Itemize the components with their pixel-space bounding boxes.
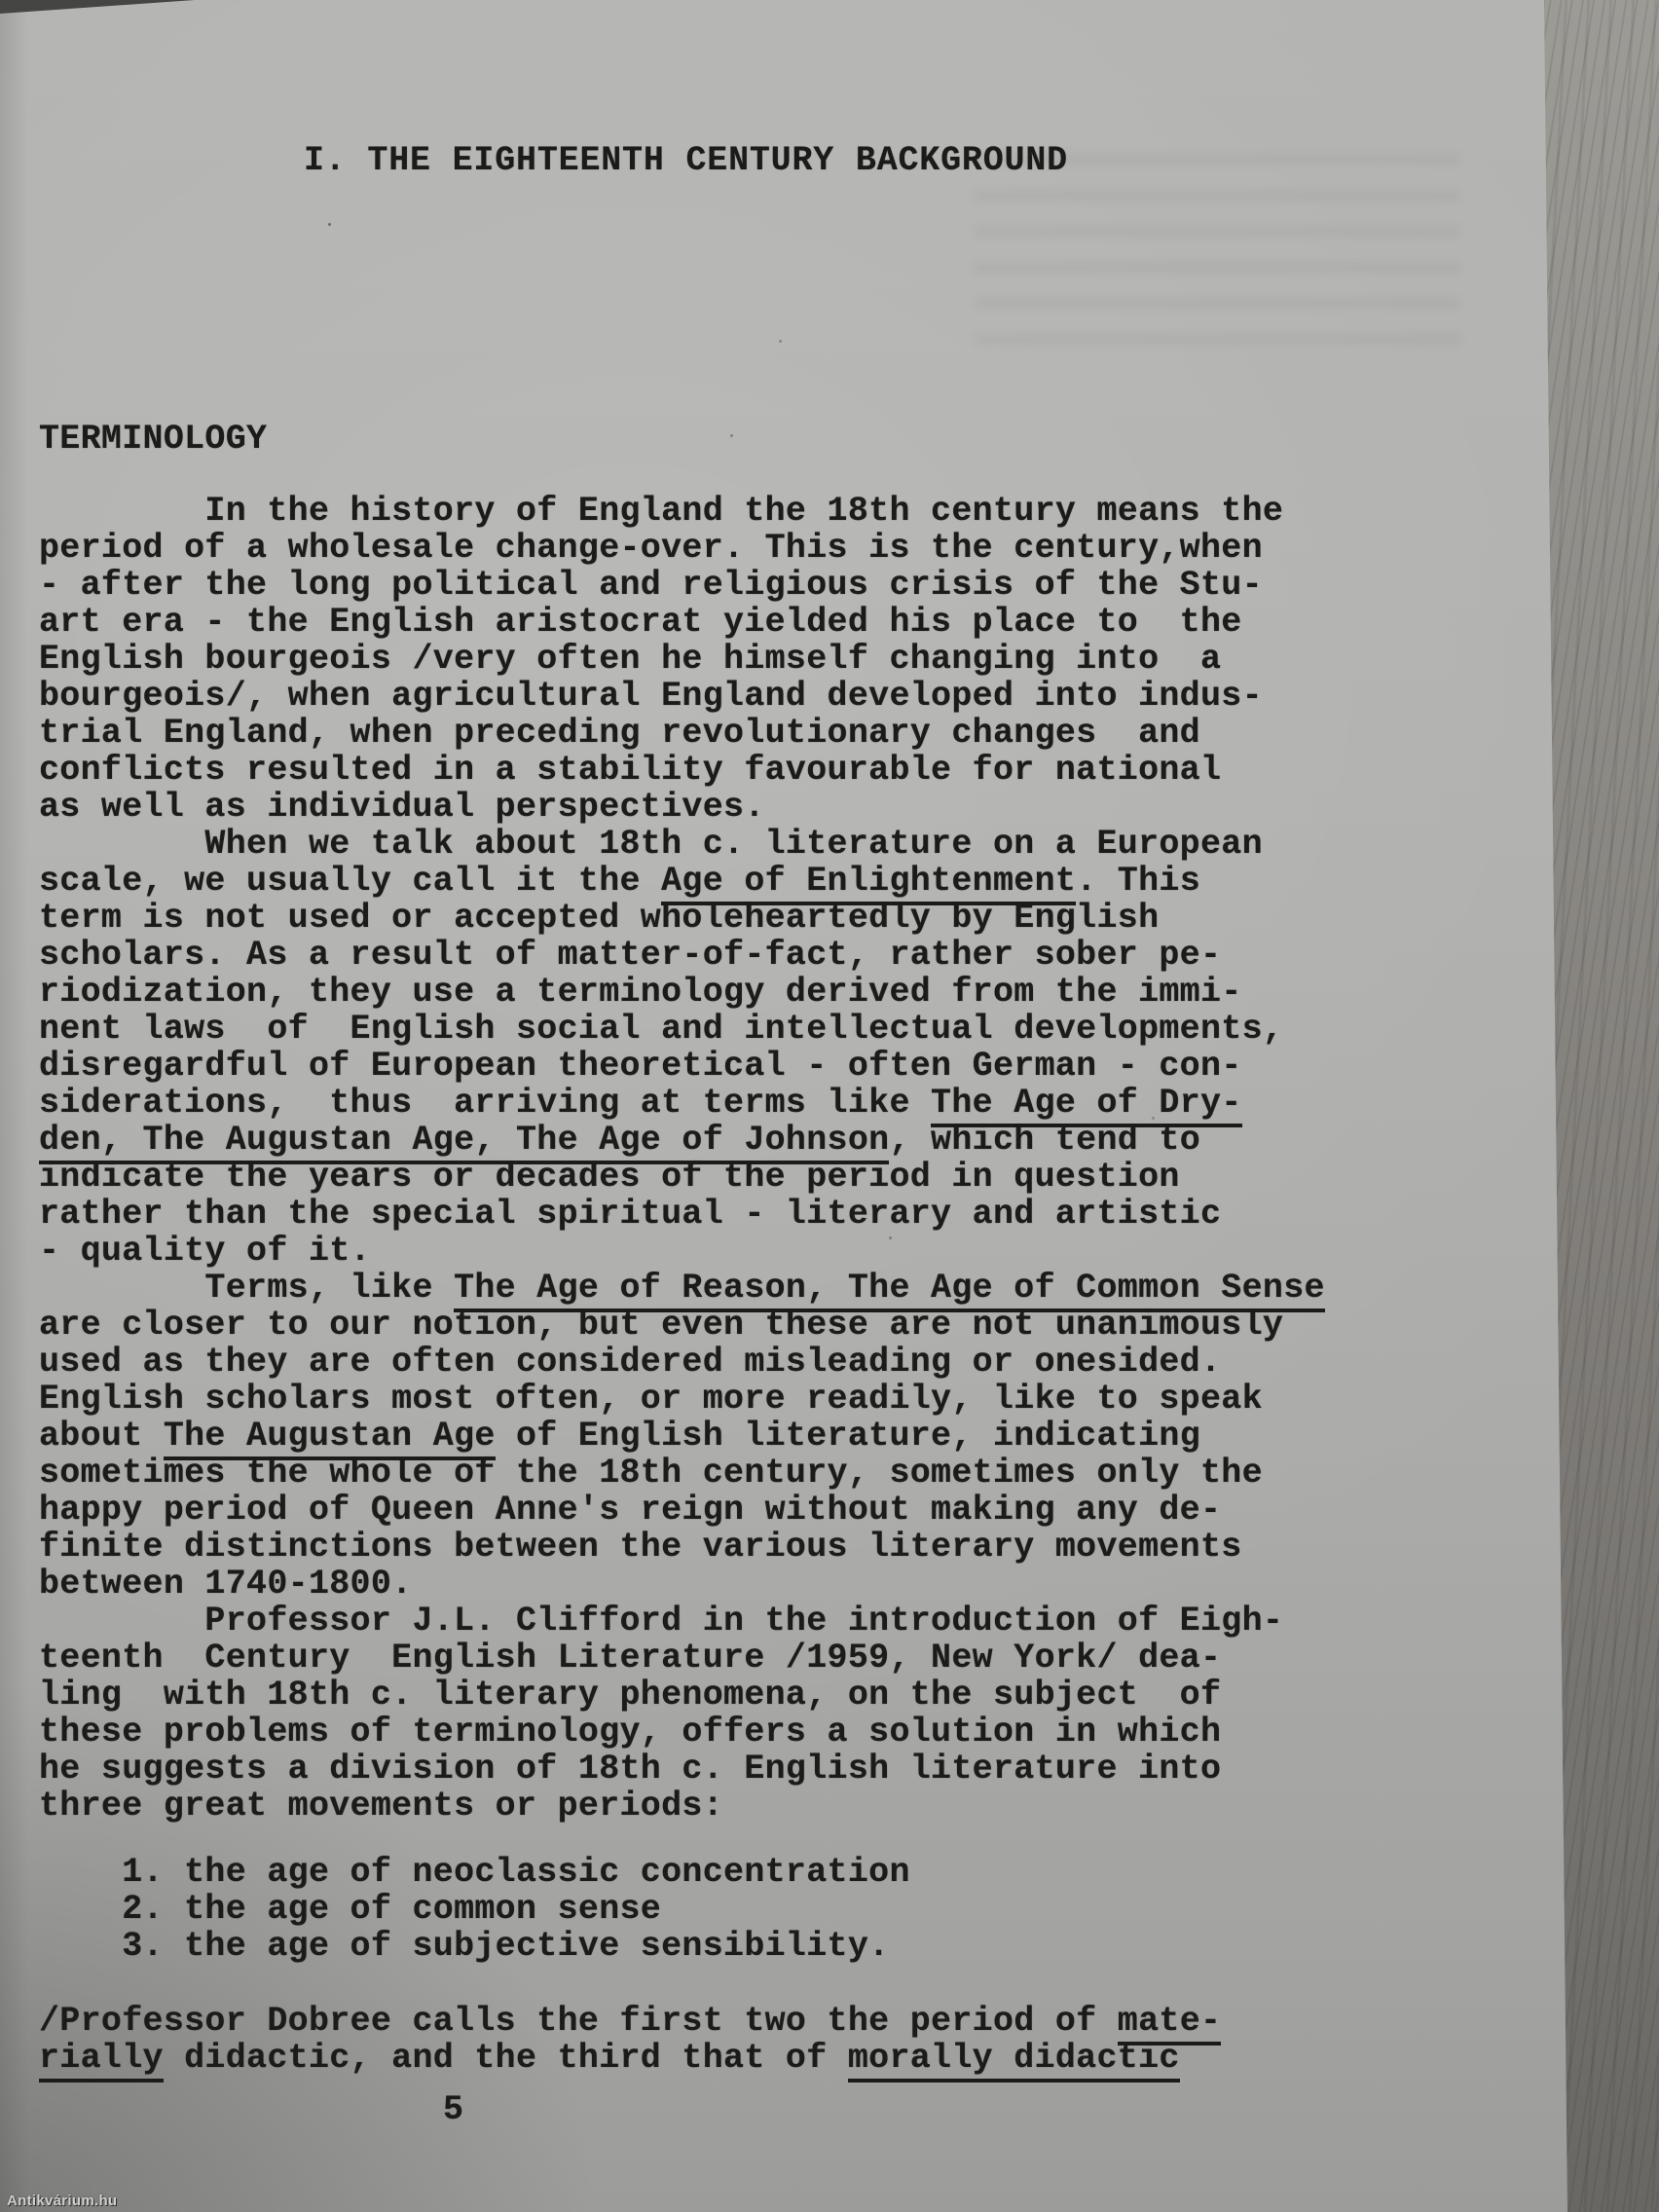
paragraph-body: Professor J.L. Clifford in the introduct… <box>39 1603 1325 1825</box>
text-run: - quality of it. <box>39 1232 371 1271</box>
paragraph-closing: /Professor Dobree calls the first two th… <box>39 2003 1325 2077</box>
photo-of-book-page: I. THE EIGHTEENTH CENTURY BACKGROUND TER… <box>0 0 1659 2212</box>
paragraph-body: In the history of England the 18th centu… <box>39 493 1325 826</box>
text-run: . This <box>1076 862 1200 901</box>
text-run: between 1740-1800. <box>39 1565 412 1604</box>
text-run: these problems of terminology, offers a … <box>39 1713 1221 1751</box>
text-run: trial England, when preceding revolution… <box>39 714 1200 753</box>
text-line: - quality of it. <box>39 1233 1325 1270</box>
text-line: When we talk about 18th c. literature on… <box>39 826 1325 863</box>
text-run: disregardful of European theoretical - o… <box>39 1047 1242 1086</box>
text-line: are closer to our notion, but even these… <box>39 1307 1325 1344</box>
watermark: Antikvárium.hu <box>7 2193 117 2209</box>
underlined-text: morally didactic <box>848 2039 1180 2083</box>
text-run: When we talk about 18th c. literature on… <box>39 825 1263 864</box>
text-line: finite distinctions between the various … <box>39 1529 1325 1566</box>
book-page: I. THE EIGHTEENTH CENTURY BACKGROUND TER… <box>0 0 1659 2212</box>
text-line: Terms, like The Age of Reason, The Age o… <box>39 1270 1325 1307</box>
text-line: rather than the special spiritual - lite… <box>39 1196 1325 1233</box>
text-run: happy period of Queen Anne's reign witho… <box>39 1491 1221 1530</box>
text-line: den, The Augustan Age, The Age of Johnso… <box>39 1122 1325 1159</box>
text-run: didactic, and the third that of <box>164 2039 848 2078</box>
text-run: , which tend to <box>889 1121 1200 1160</box>
text-line: siderations, thus arriving at terms like… <box>39 1085 1325 1122</box>
text-run: art era - the English aristocrat yielded… <box>39 603 1242 642</box>
text-run: finite distinctions between the various … <box>39 1528 1242 1567</box>
text-line: scholars. As a result of matter-of-fact,… <box>39 937 1325 974</box>
text-line: 1. the age of neoclassic concentration <box>39 1854 1325 1891</box>
text-line: 3. the age of subjective sensibility. <box>39 1928 1325 1965</box>
text-line: used as they are often considered mislea… <box>39 1344 1325 1381</box>
text-line: ling with 18th c. literary phenomena, on… <box>39 1677 1325 1714</box>
text-run: about <box>39 1417 164 1456</box>
text-line: conflicts resulted in a stability favour… <box>39 752 1325 789</box>
text-line: three great movements or periods: <box>39 1788 1325 1825</box>
text-run: three great movements or periods: <box>39 1787 723 1825</box>
body-text: In the history of England the 18th centu… <box>39 493 1325 2077</box>
text-run: nent laws of English social and intellec… <box>39 1010 1283 1049</box>
chapter-title: I. THE EIGHTEENTH CENTURY BACKGROUND <box>304 142 1068 179</box>
text-run: In the history of England the 18th centu… <box>39 492 1283 531</box>
paragraph-body: Terms, like The Age of Reason, The Age o… <box>39 1270 1325 1603</box>
text-line: /Professor Dobree calls the first two th… <box>39 2003 1325 2040</box>
text-line: sometimes the whole of the 18th century,… <box>39 1455 1325 1492</box>
text-run: rather than the special spiritual - lite… <box>39 1195 1221 1234</box>
text-run: term is not used or accepted wholehearte… <box>39 899 1159 938</box>
text-run: 2. the age of common sense <box>39 1890 661 1929</box>
text-line: In the history of England the 18th centu… <box>39 493 1325 530</box>
text-line: teenth Century English Literature /1959,… <box>39 1640 1325 1677</box>
text-line: as well as individual perspectives. <box>39 789 1325 826</box>
text-run: 1. the age of neoclassic concentration <box>39 1853 910 1892</box>
page-number: 5 <box>443 2091 463 2128</box>
text-run: teenth Century English Literature /1959,… <box>39 1639 1221 1677</box>
text-line: period of a wholesale change-over. This … <box>39 530 1325 567</box>
text-run: - after the long political and religious… <box>39 566 1263 605</box>
text-line: trial England, when preceding revolution… <box>39 715 1325 752</box>
text-run: Terms, like <box>39 1269 454 1308</box>
text-run: riodization, they use a terminology deri… <box>39 973 1242 1012</box>
text-line: nent laws of English social and intellec… <box>39 1011 1325 1048</box>
text-run: ling with 18th c. literary phenomena, on… <box>39 1676 1221 1714</box>
text-run: English scholars most often, or more rea… <box>39 1380 1263 1419</box>
text-run: 3. the age of subjective sensibility. <box>39 1927 889 1966</box>
text-run: sometimes the whole of the 18th century,… <box>39 1454 1263 1493</box>
text-line: 2. the age of common sense <box>39 1891 1325 1928</box>
text-line: bourgeois/, when agricultural England de… <box>39 678 1325 715</box>
text-run: of English literature, indicating <box>496 1417 1200 1456</box>
text-line: scale, we usually call it the Age of Enl… <box>39 863 1325 900</box>
text-line: art era - the English aristocrat yielded… <box>39 604 1325 641</box>
text-run: as well as individual perspectives. <box>39 788 765 827</box>
text-line: these problems of terminology, offers a … <box>39 1714 1325 1751</box>
text-run: Professor J.L. Clifford in the introduct… <box>39 1602 1283 1641</box>
text-run: are closer to our notion, but even these… <box>39 1306 1283 1345</box>
text-line: - after the long political and religious… <box>39 567 1325 604</box>
text-run: /Professor Dobree calls the first two th… <box>39 2002 1118 2041</box>
text-line: he suggests a division of 18th c. Englis… <box>39 1751 1325 1788</box>
text-run: bourgeois/, when agricultural England de… <box>39 677 1263 716</box>
text-run: scale, we usually call it the <box>39 862 661 901</box>
text-run: used as they are often considered mislea… <box>39 1343 1221 1382</box>
text-line: English bourgeois /very often he himself… <box>39 641 1325 678</box>
underlined-text: rially <box>39 2039 164 2083</box>
text-line: term is not used or accepted wholehearte… <box>39 900 1325 937</box>
text-line: indicate the years or decades of the per… <box>39 1159 1325 1196</box>
text-run: conflicts resulted in a stability favour… <box>39 751 1221 790</box>
text-line: between 1740-1800. <box>39 1566 1325 1603</box>
text-run: English bourgeois /very often he himself… <box>39 640 1221 679</box>
text-line: English scholars most often, or more rea… <box>39 1381 1325 1418</box>
text-line: riodization, they use a terminology deri… <box>39 974 1325 1011</box>
section-heading: TERMINOLOGY <box>39 421 267 458</box>
text-run: period of a wholesale change-over. This … <box>39 529 1263 568</box>
text-run: indicate the years or decades of the per… <box>39 1158 1180 1197</box>
text-run: siderations, thus arriving at terms like <box>39 1084 931 1123</box>
text-line: happy period of Queen Anne's reign witho… <box>39 1492 1325 1529</box>
text-line: about The Augustan Age of English litera… <box>39 1418 1325 1455</box>
paragraph-list: 1. the age of neoclassic concentration 2… <box>39 1854 1325 1965</box>
paragraph-body: When we talk about 18th c. literature on… <box>39 826 1325 1270</box>
paper-specks <box>328 223 331 226</box>
text-line: Professor J.L. Clifford in the introduct… <box>39 1603 1325 1640</box>
text-run: scholars. As a result of matter-of-fact,… <box>39 936 1221 975</box>
text-line: rially didactic, and the third that of m… <box>39 2040 1325 2077</box>
text-run: he suggests a division of 18th c. Englis… <box>39 1750 1221 1788</box>
text-line: disregardful of European theoretical - o… <box>39 1048 1325 1085</box>
